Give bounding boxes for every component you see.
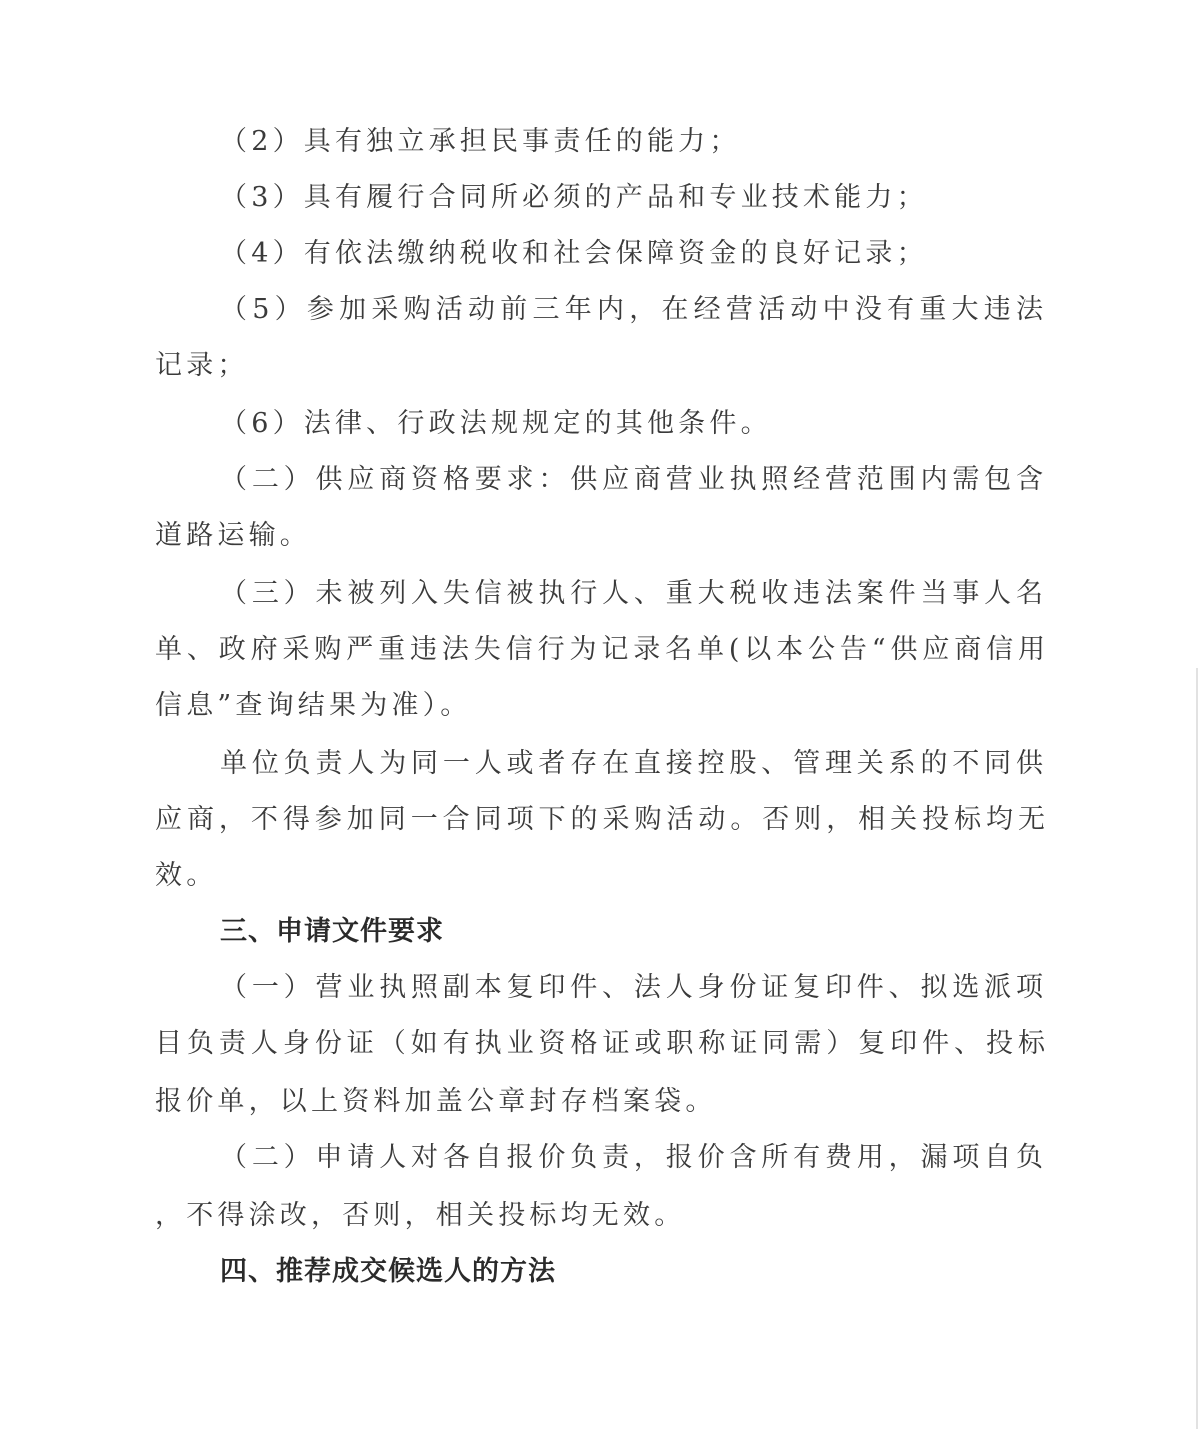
section-heading-application-documents: 三、申请文件要求 bbox=[220, 912, 444, 952]
documents-item-1-line3: 报价单，以上资料加盖公章封存档案袋。 bbox=[155, 1082, 717, 1122]
documents-item-1-line2: 目负责人身份证（如有执业资格证或职称证同需）复印件、投标 bbox=[155, 1024, 1045, 1064]
qualification-item-5-line1: （5）参加采购活动前三年内，在经营活动中没有重大违法 bbox=[220, 290, 1043, 330]
qualification-item-4: （4）有依法缴纳税收和社会保障资金的良好记录； bbox=[220, 234, 928, 274]
related-party-clause-line2: 应商，不得参加同一合同项下的采购活动。否则，相关投标均无 bbox=[155, 800, 1045, 840]
supplier-requirement-line1: （二）供应商资格要求：供应商营业执照经营范围内需包含 bbox=[220, 460, 1043, 500]
page-edge-divider bbox=[1196, 668, 1198, 1429]
section-heading-recommendation-method: 四、推荐成交候选人的方法 bbox=[220, 1252, 556, 1292]
qualification-item-5-line2: 记录； bbox=[155, 346, 249, 386]
documents-item-2-line1: （二）申请人对各自报价负责，报价含所有费用，漏项自负 bbox=[220, 1138, 1043, 1178]
related-party-clause-line1: 单位负责人为同一人或者存在直接控股、管理关系的不同供 bbox=[220, 744, 1043, 784]
qualification-item-2: （2）具有独立承担民事责任的能力； bbox=[220, 122, 741, 162]
qualification-item-6: （6）法律、行政法规规定的其他条件。 bbox=[220, 404, 772, 444]
document-page: （2）具有独立承担民事责任的能力； （3）具有履行合同所必须的产品和专业技术能力… bbox=[0, 0, 1199, 1429]
supplier-requirement-line2: 道路运输。 bbox=[155, 516, 311, 556]
qualification-item-3: （3）具有履行合同所必须的产品和专业技术能力； bbox=[220, 178, 928, 218]
documents-item-1-line1: （一）营业执照副本复印件、法人身份证复印件、拟选派项 bbox=[220, 968, 1043, 1008]
related-party-clause-line3: 效。 bbox=[155, 856, 217, 896]
blacklist-requirement-line2: 单、政府采购严重违法失信行为记录名单(以本公告“供应商信用 bbox=[155, 630, 1045, 670]
blacklist-requirement-line1: （三）未被列入失信被执行人、重大税收违法案件当事人名 bbox=[220, 574, 1043, 614]
documents-item-2-line2: ，不得涂改，否则，相关投标均无效。 bbox=[155, 1196, 685, 1236]
blacklist-requirement-line3: 信息”查询结果为准）。 bbox=[155, 686, 472, 726]
